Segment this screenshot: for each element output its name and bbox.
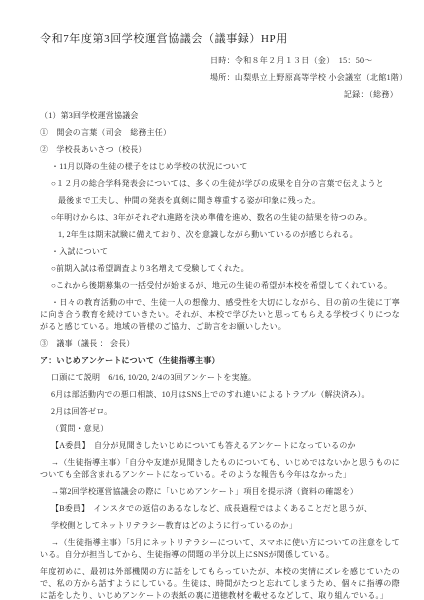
document-line: ・入試について [40, 246, 400, 258]
document-line: 【A委員】 自分が見聞きしたいじめについても答えるアンケートになっているのか [40, 440, 400, 452]
document-line: ○前期入試は希望調査より3名増えて受験してくれた。 [40, 263, 400, 275]
document-line: 1, 2年生は期末試験に備えており、次を意識しながら動いているのが感じられる。 [40, 229, 400, 241]
document-body: （1）第3回学校運営協議会① 開会の言葉（司会 総務主任）② 学校長あいさつ（校… [0, 106, 424, 600]
document-line: 口頭にて説明 6/16, 10/20, 2/4の3回アンケートを実施。 [40, 372, 400, 384]
document-meta: 日時：令和８年２月１３日（金） 15：50～場所：山梨県立上野原高等学校 小会議… [210, 55, 398, 100]
document-title: 令和7年度第3回学校運営協議会（議事録）HP用 [0, 0, 424, 46]
document-line: ア：いじめアンケートについて（生徒指導主事） [40, 355, 400, 367]
document-line: ① 開会の言葉（司会 総務主任） [40, 127, 400, 139]
document-page: 令和7年度第3回学校運営協議会（議事録）HP用 日時：令和８年２月１３日（金） … [0, 0, 424, 600]
document-line: ○これから後期募集の一括受付が始まるが、地元の生徒の希望が本校を希望してくれてい… [40, 280, 400, 292]
document-line: 2月は回答ゼロ。 [40, 406, 400, 418]
document-line: →第2回学校運営協議会の際に「いじめアンケート」項目を提示済（資料の確認を） [40, 486, 400, 498]
document-line: ② 学校長あいさつ（校長） [40, 144, 400, 156]
document-line: 6月は部活動内での悪口相談、10月はSNS上でのすれ違いによるトラブル（解決済み… [40, 389, 400, 401]
document-line: 最後まで工夫し、仲間の発表を真剣に聞き尊重する姿が印象に残った。 [40, 195, 400, 207]
document-line: （質問・意見） [40, 423, 400, 435]
meta-line: 日時：令和８年２月１３日（金） 15：50～ [210, 55, 398, 66]
document-line: ○年明けからは、3年がそれぞれ進路を決め準備を進め、数名の生徒の結果を待つのみ。 [40, 212, 400, 224]
document-line: 学校側としてネットリテラシー教育はどのように行っているのか」 [40, 520, 400, 532]
document-line: ・11月以降の生徒の様子をはじめ学校の状況について [40, 161, 400, 173]
meta-line: 場所：山梨県立上野原高等学校 小会議室（北館1階） [210, 72, 398, 83]
document-line: 【B委員】 インスタでの返信のあるなしなど、成長過程ではよくあることだと思うが、 [40, 503, 400, 515]
meta-line: 記録：（総務） [210, 89, 398, 100]
document-line: （1）第3回学校運営協議会 [40, 110, 400, 122]
document-line: ③ 議事（議長 ： 会長） [40, 338, 400, 350]
document-line: ○１２月の総合学科発表会については、多くの生徒が学びの成果を自分の言葉で伝えよう… [40, 178, 400, 190]
document-line: →（生徒指導主事）「自分や友達が見聞きしたものについても、いじめではないかと思う… [40, 457, 400, 481]
document-line: →（生徒指導主事）「5月にネットリテラシーについて、スマホに使い方についての注意… [40, 537, 400, 561]
document-line: ・日々の教育活動の中で、生徒一人の想像力、感受性を大切にしながら、目の前の生徒に… [40, 297, 400, 333]
document-line: 年度初めに、最初は外部機関の方に話をしてもらっていたが、本校の実情にズレを感じて… [40, 566, 400, 600]
